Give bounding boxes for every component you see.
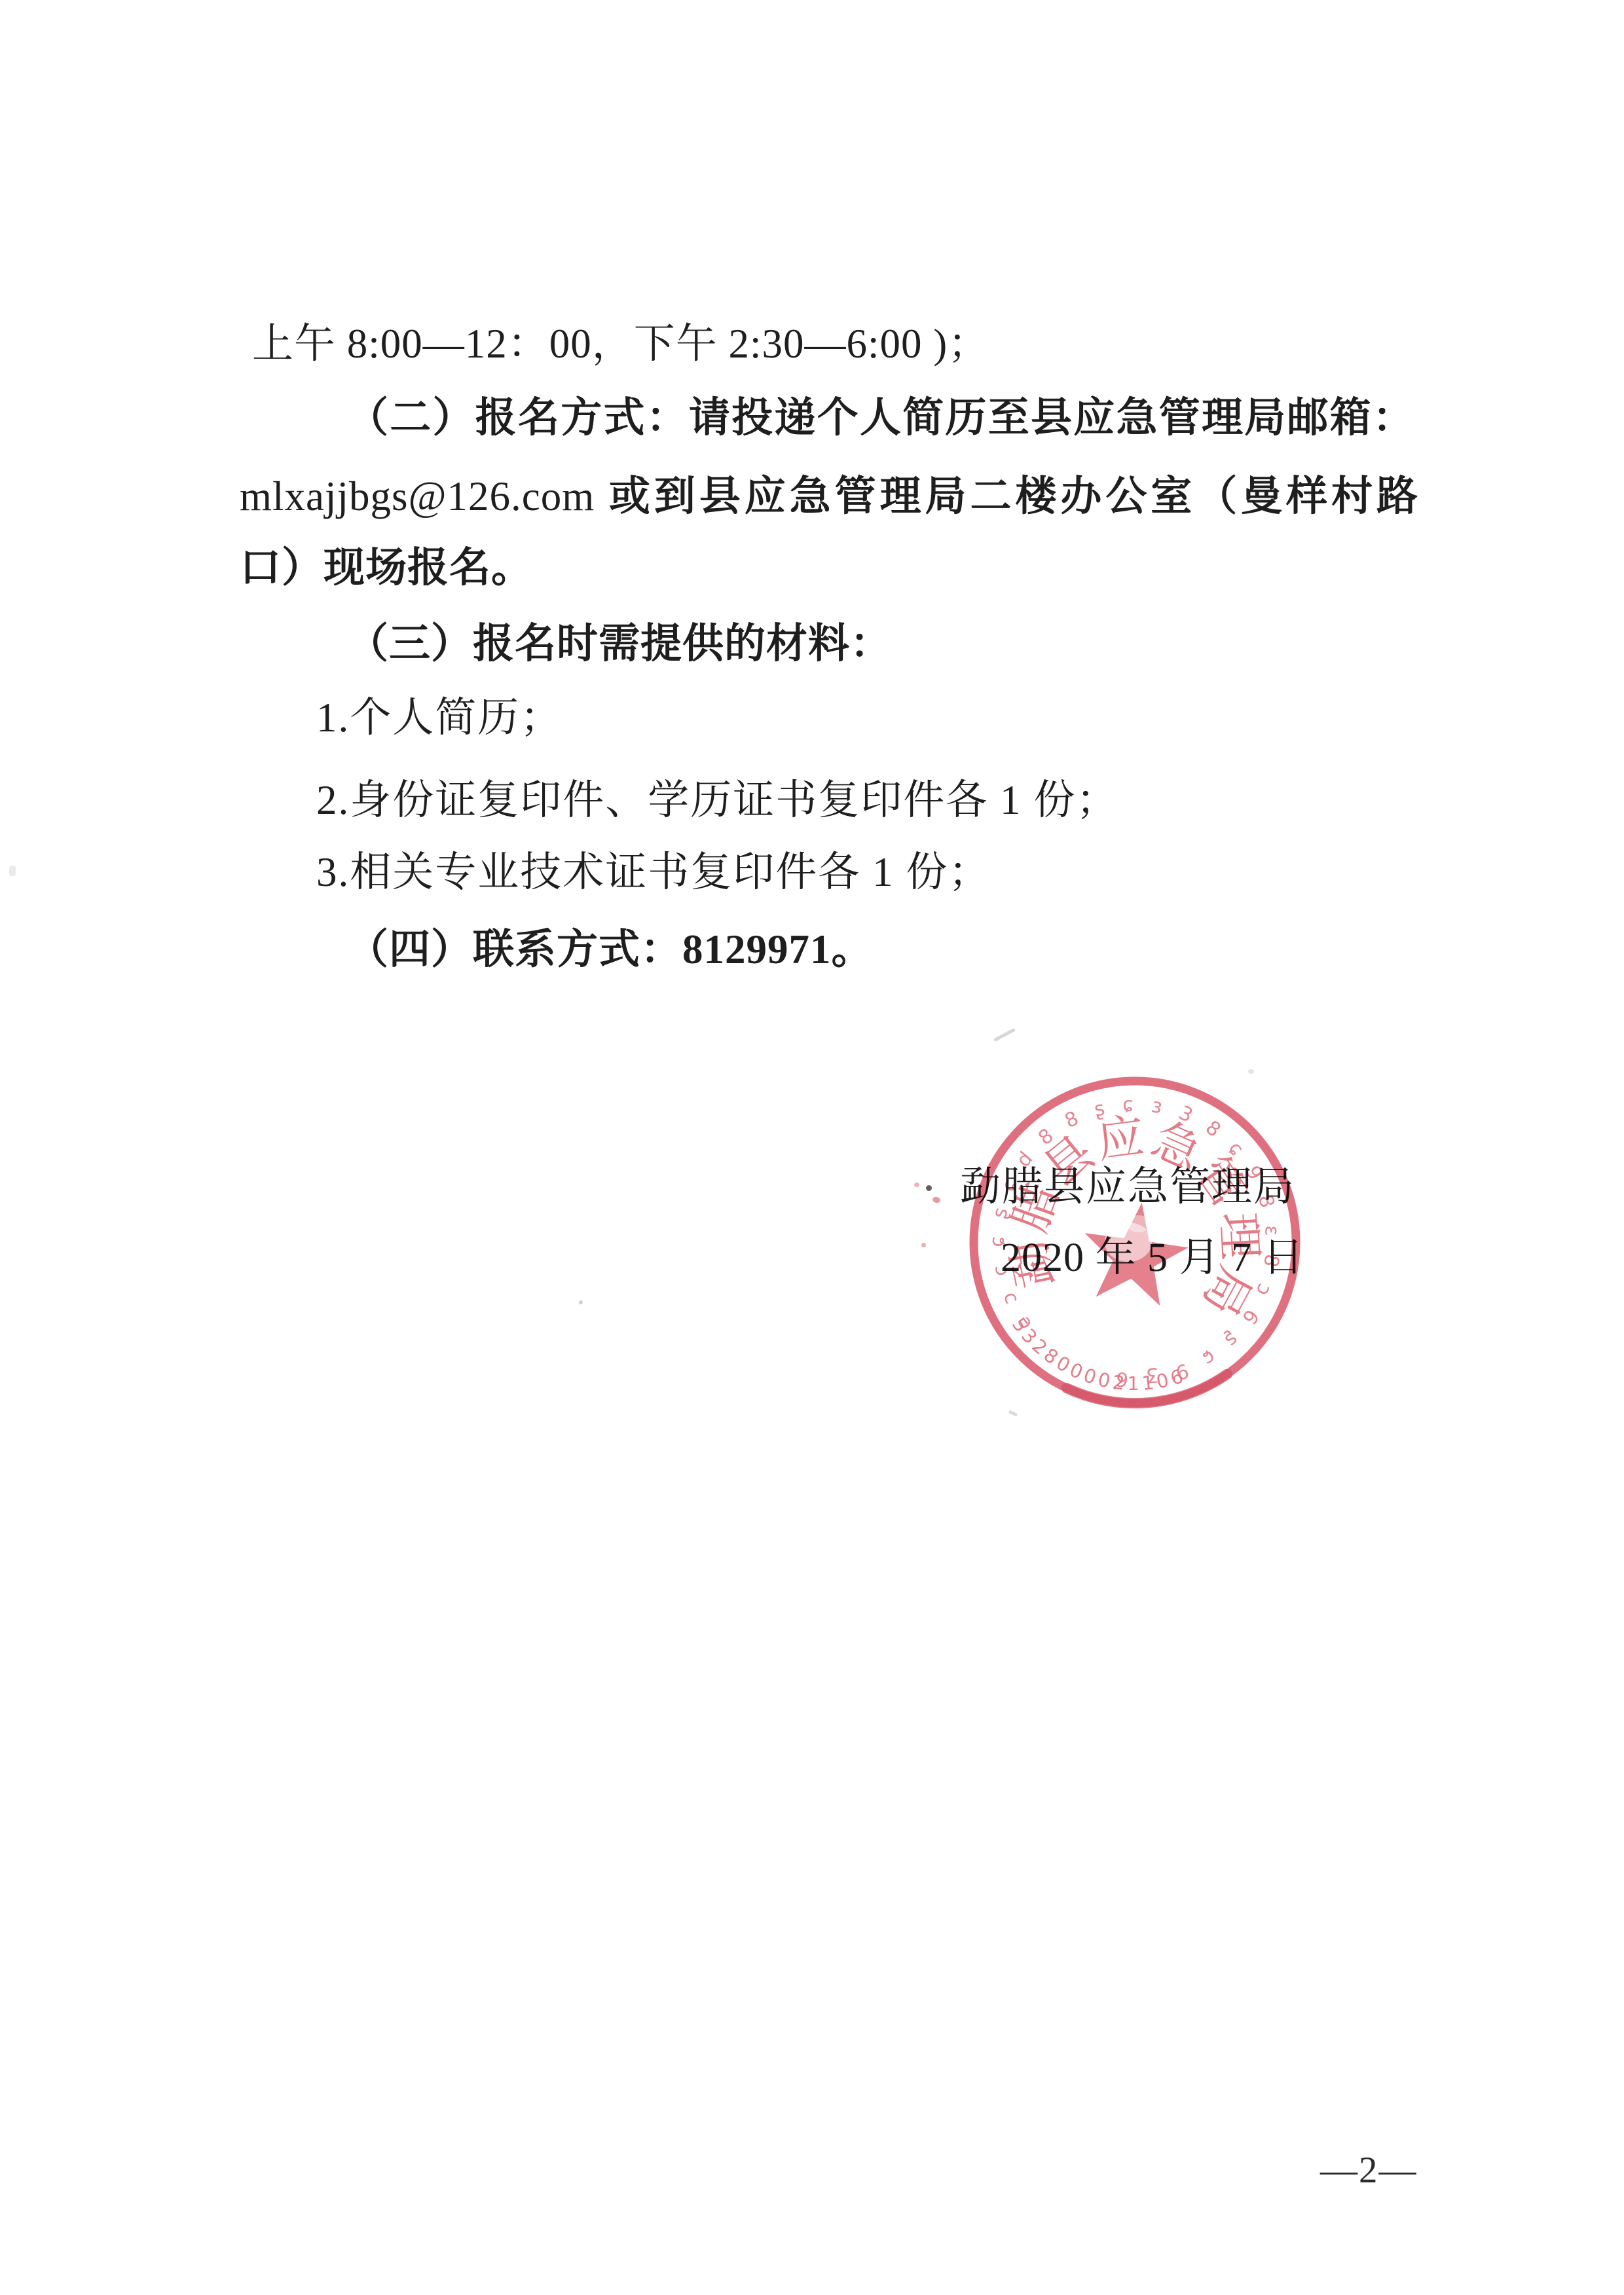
scan-smudge (993, 1028, 1016, 1042)
red-ink-speck (921, 1243, 926, 1247)
email-address: mlxajjbgs@126.com (240, 473, 595, 519)
list-item-1: 1.个人简历； (316, 697, 563, 739)
page-number: —2— (1320, 2152, 1418, 2189)
scanned-document-page: 上午 8:00—12：00，下午 2:30—6:00 )； （二）报名方式：请投… (0, 0, 1624, 2295)
list-item-2: 2.身份证复印件、学历证书复印件各 1 份； (316, 780, 1118, 821)
paragraph-2-line-3: 口）现场报名。 (240, 547, 533, 589)
red-ink-speck (914, 1183, 919, 1187)
paragraph-4-line: （四）联系方式：8129971。 (347, 929, 874, 970)
seal-ink-void-small (1127, 1215, 1151, 1232)
paragraph-3-heading: （三）报名时需提供的材料： (347, 623, 892, 665)
paragraph-2-text: 请投递个人简历至县应急管理局邮箱： (689, 395, 1414, 441)
list-item-3: 3.相关专业技术证书复印件各 1 份； (316, 852, 991, 893)
contact-phone-number: 8129971。 (682, 927, 874, 972)
body-line-office-hours: 上午 8:00—12：00，下午 2:30—6:00 )； (252, 323, 989, 365)
scan-edge-artifact (9, 866, 16, 876)
red-ink-speck (932, 1196, 941, 1204)
paragraph-2-line-1: （二）报名方式：请投递个人简历至县应急管理局邮箱： (347, 397, 1414, 439)
paragraph-4-heading: （四）联系方式： (347, 927, 682, 972)
seal-serial-number: 5328000021106 (1008, 1313, 1189, 1395)
ink-speck-dark (926, 1185, 932, 1191)
scan-speck (1248, 1069, 1254, 1074)
paragraph-2-heading: （二）报名方式： (347, 395, 689, 441)
scan-speck (579, 1300, 583, 1304)
paragraph-2-line-2: mlxajjbgs@126.com 或到县应急管理局二楼办公室（曼样村路 (240, 476, 1418, 517)
paragraph-2-line-2-text: 或到县应急管理局二楼办公室（曼样村路 (595, 473, 1418, 519)
official-seal: cɔcɕʂɕd88ʂɕɜ38ɕ98ɛ8ɔ6ʂɕ9ʒ6 勐腊县应急管理局 5328… (951, 1052, 1318, 1432)
